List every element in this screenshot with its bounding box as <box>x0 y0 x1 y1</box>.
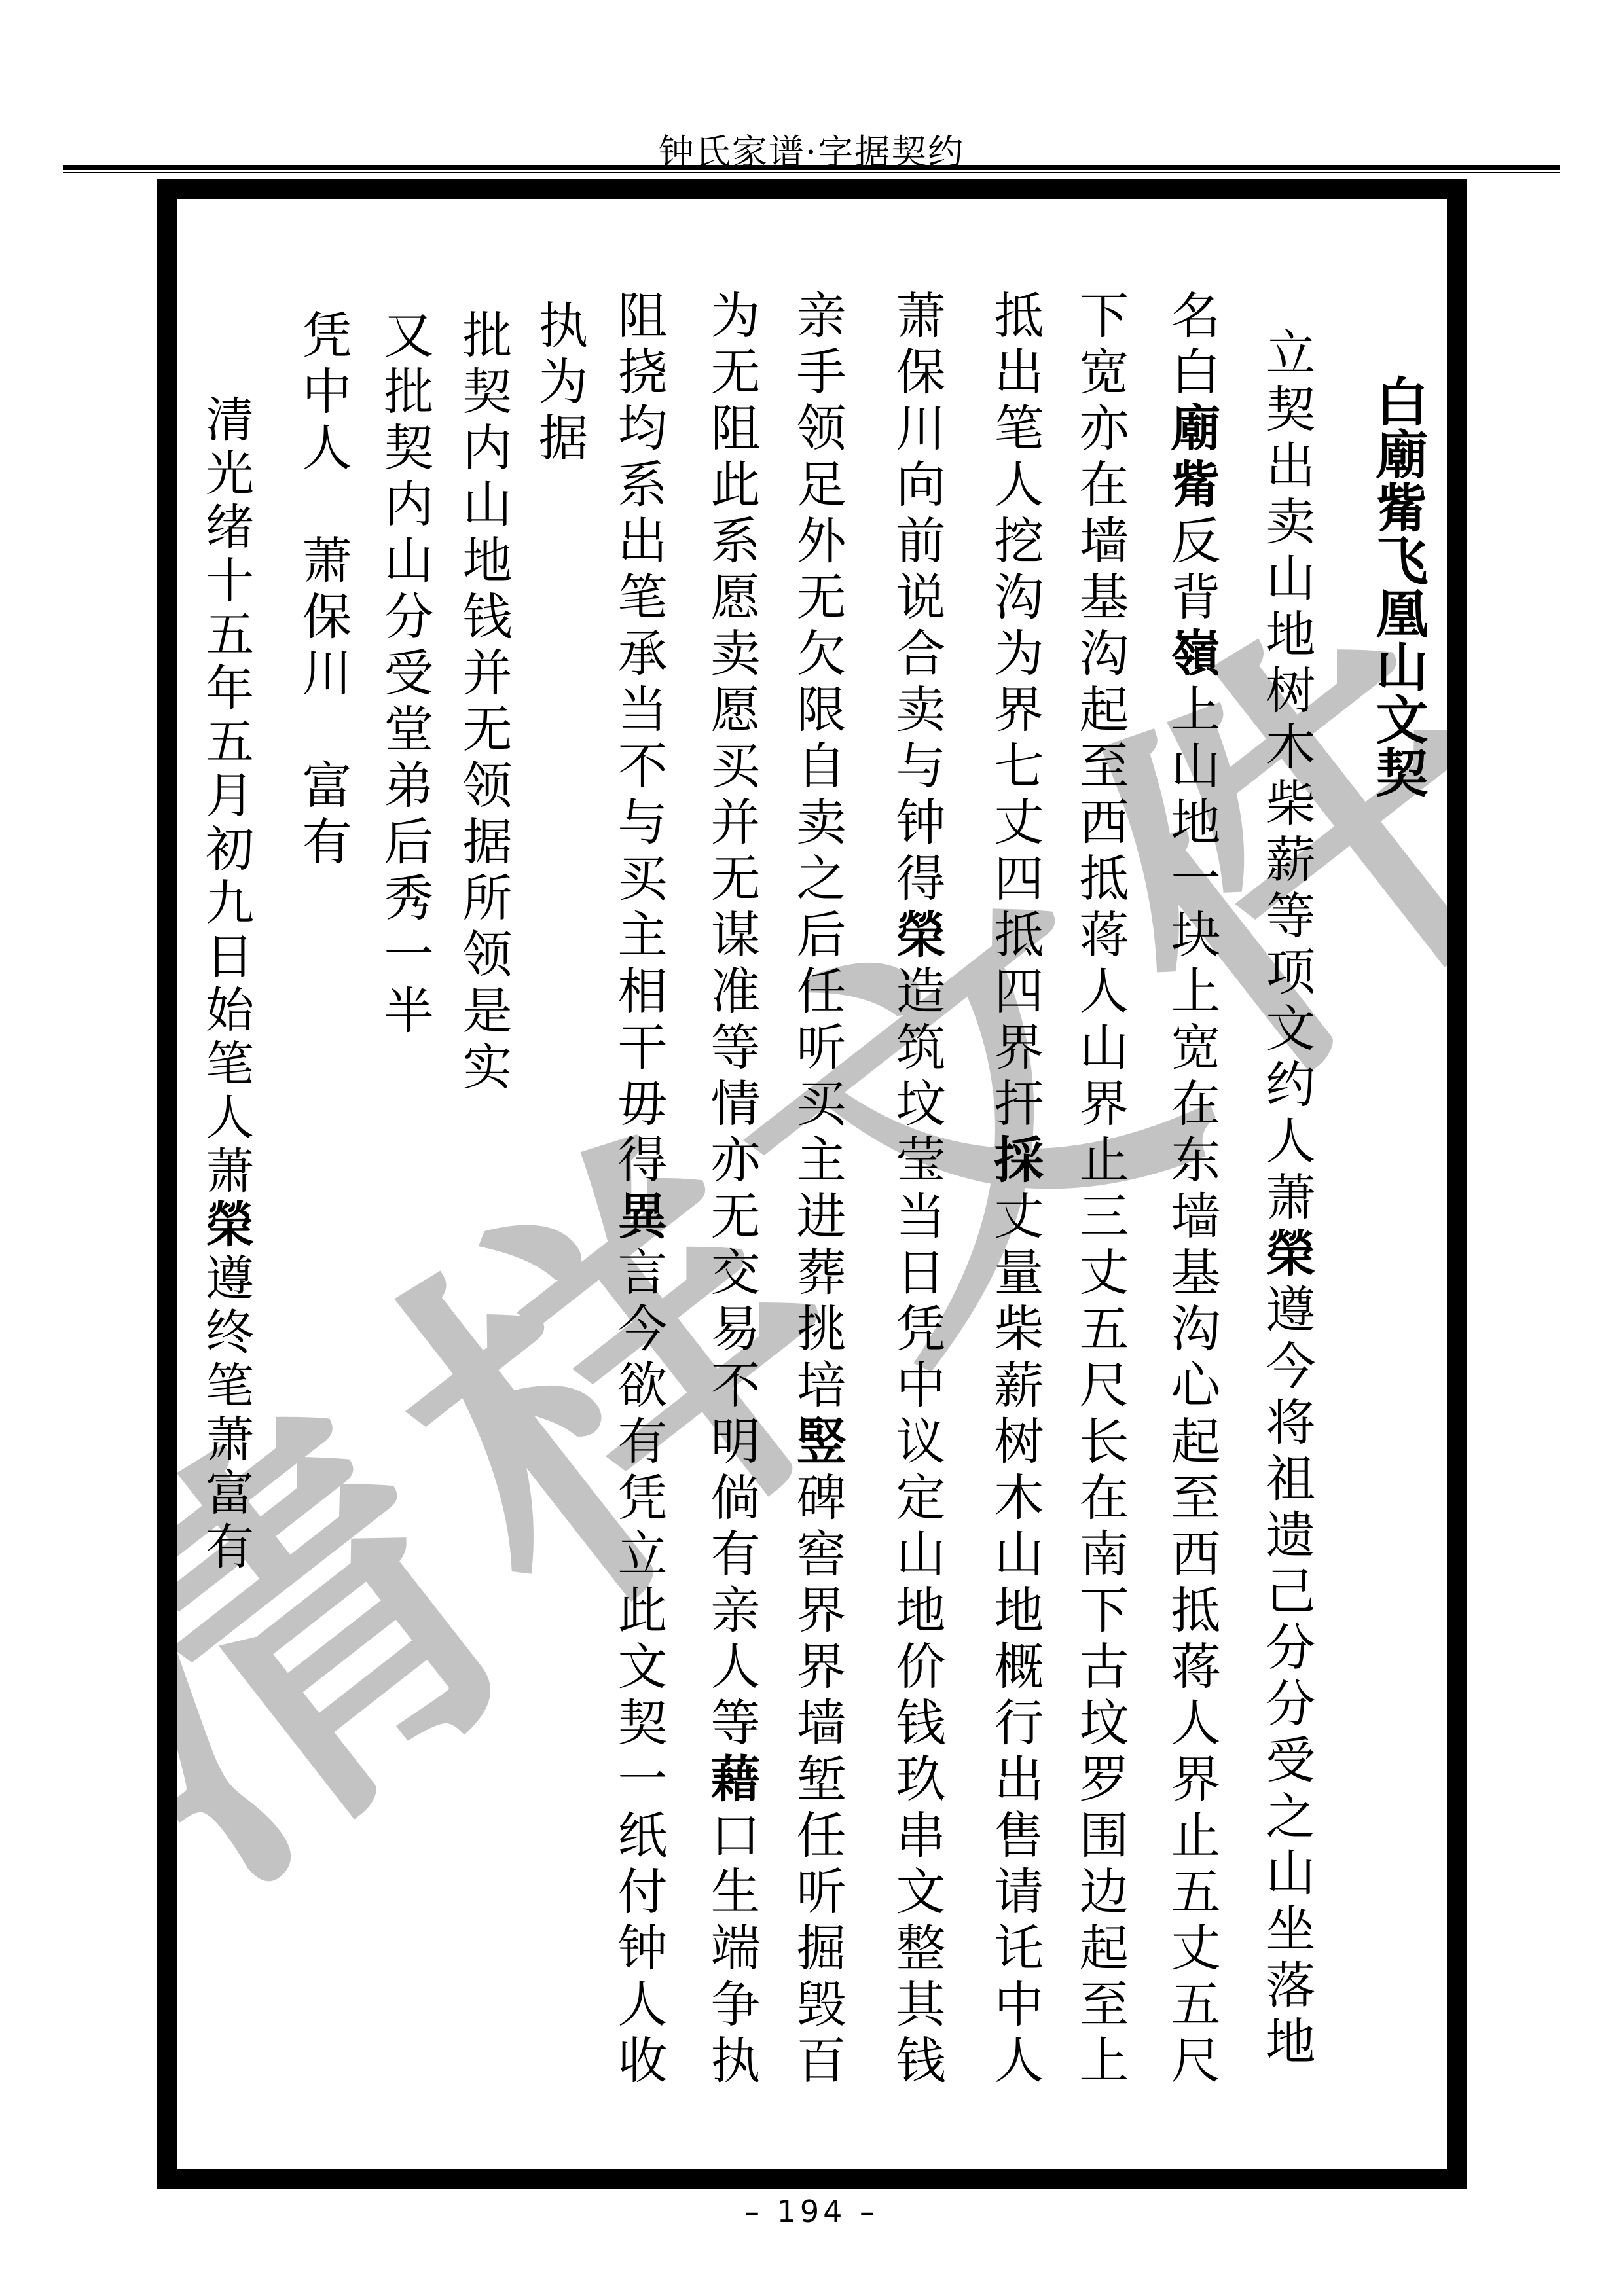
page-number: – 194 – <box>0 2194 1623 2229</box>
header-rule-thick <box>63 165 1560 170</box>
contract-column-3: 名白廟觜反背嶺上山地一块上宽在东墙基沟心起至西抵蒋人界止五丈五尺 <box>1149 199 1234 2169</box>
header-rule-thin <box>63 172 1560 173</box>
contract-title: 白廟觜飞凰山文契 <box>1349 199 1447 2169</box>
contract-frame: 清样文件 白廟觜飞凰山文契立契出卖山地树木柴薪等项文约人萧榮遵今将祖遗己分分受之… <box>157 179 1467 2189</box>
contract-column-4: 下宽亦在墙基沟起至西抵蒋人山界止三丈五尺长在南下古坟罗围边起至上 <box>1057 199 1142 2169</box>
contract-column-6: 萧保川向前说合卖与钟得榮造筑坟莹当日凭中议定山地价钱玖串文整其钱 <box>874 199 959 2169</box>
contract-column-14: 清光绪十五年五月初九日始笔人萧榮遵终笔萧富有 <box>187 199 265 2169</box>
contract-column-11: 批契内山地钱并无领据所领是实 <box>444 199 522 2169</box>
contract-body: 白廟觜飞凰山文契立契出卖山地树木柴薪等项文约人萧榮遵今将祖遗己分分受之山坐落地名… <box>177 199 1447 2169</box>
contract-column-7: 亲手领足外无欠限自卖之后任听买主进葬挑培竪碑窖界界墙堑任听掘毁百 <box>775 199 860 2169</box>
contract-column-2: 立契出卖山地树木柴薪等项文约人萧榮遵今将祖遗己分分受之山坐落地 <box>1244 199 1329 2169</box>
contract-column-5: 抵出笔人挖沟为界七丈四抵四界扞採丈量柴薪树木山地概行出售请讬中人 <box>972 199 1057 2169</box>
contract-column-8: 为无阻此系愿卖愿买并无谋准等情亦无交易不明倘有亲人等藉口生端争执 <box>689 199 774 2169</box>
contract-column-13: 凭中人 萧保川 富有 <box>283 199 362 2169</box>
contract-column-9: 阻挠均系出笔承当不与买主相干毋得異言今欲有凭立此文契一纸付钟人收 <box>596 199 681 2169</box>
contract-column-12: 又批契内山分受堂弟后秀一半 <box>365 199 444 2169</box>
contract-column-10: 执为据 <box>522 199 596 2169</box>
